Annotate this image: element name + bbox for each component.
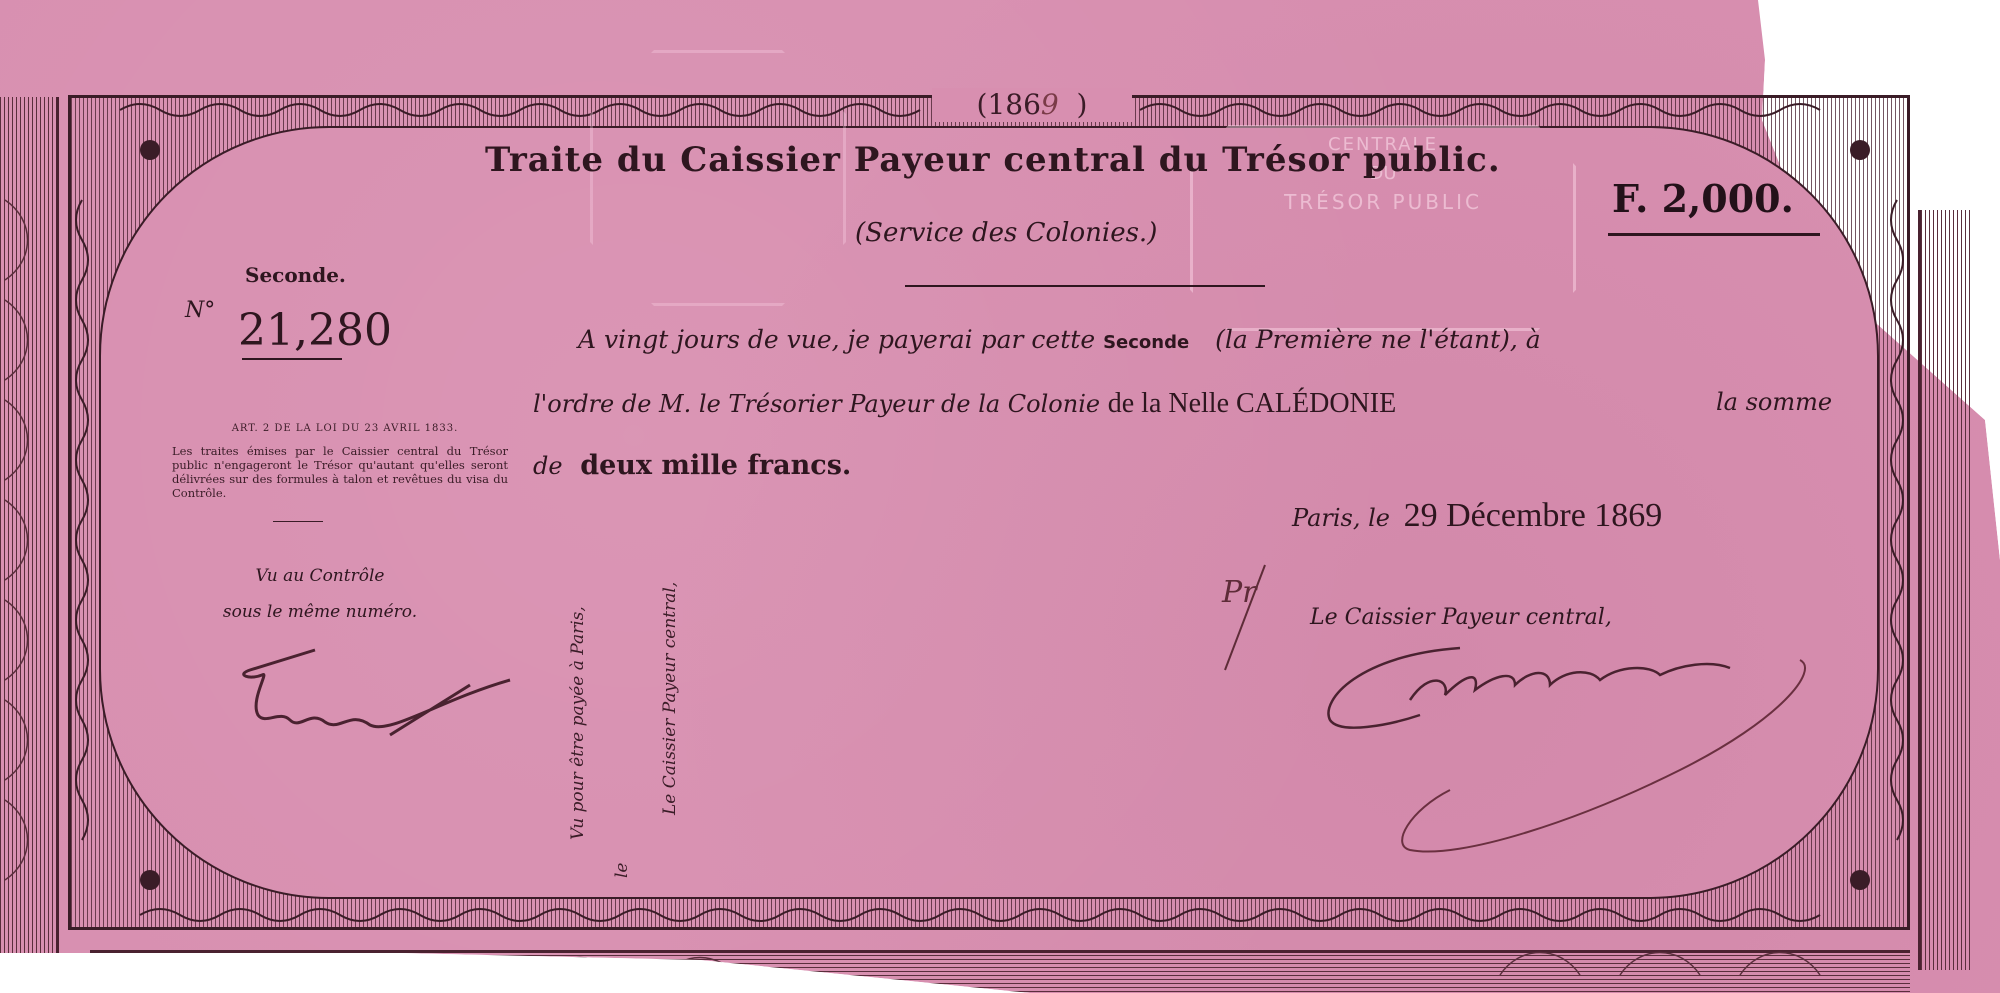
cashier-signature (1300, 640, 1860, 870)
vertical-text-paid-at-paris: Vu pour être payée à Paris, (568, 606, 588, 840)
document-title: Traite du Caissier Payeur central du Tré… (485, 140, 1585, 180)
seal-line-3: TRÉSOR PUBLIC (1193, 190, 1573, 214)
right-counterfoil-strip (1918, 210, 1971, 970)
law-text: Les traites émises par le Caissier centr… (172, 444, 508, 500)
control-line-1: Vu au Contrôle (190, 558, 450, 594)
copy-label: Seconde. (245, 263, 346, 287)
control-signature (240, 640, 520, 740)
year-box: (1869 ) (932, 88, 1132, 122)
amount-figure: F. 2,000. (1612, 176, 1794, 221)
amount-in-words: deux mille francs. (580, 450, 851, 481)
vertical-text-le: le (612, 863, 632, 879)
law-reference: ART. 2 DE LA LOI DU 23 AVRIL 1833. (185, 423, 505, 434)
serial-number: 21,280 (238, 305, 392, 356)
body-line-1: A vingt jours de vue, je payerai par cet… (578, 325, 1541, 354)
vertical-text-cashier: Le Caissier Payeur central, (660, 582, 680, 815)
amount-underline (1608, 233, 1820, 236)
body-line-2-post: la somme (1716, 388, 1832, 416)
number-prefix: N° (185, 298, 215, 323)
left-counterfoil-strip (0, 97, 59, 953)
control-line-2: sous le même numéro. (190, 594, 450, 630)
body-line-3: de deux mille francs. (533, 450, 851, 481)
body-line-3-de: de (533, 452, 563, 480)
stamped-date: 29 Décembre 1869 (1404, 497, 1663, 534)
title-divider (905, 285, 1265, 287)
date-line: Paris, le 29 Décembre 1869 (1292, 497, 1662, 535)
cashier-label: Le Caissier Payeur central, (1310, 605, 1612, 630)
year-handwritten-digit: 9 (1041, 88, 1059, 121)
serial-underline (242, 358, 342, 360)
body-line-2: l'ordre de M. le Trésorier Payeur de la … (533, 388, 1396, 420)
body-line-1-post: (la Première ne l'étant), à (1215, 325, 1541, 354)
body-line-2-pre: l'ordre de M. le Trésorier Payeur de la … (533, 390, 1100, 418)
payee-stamp: de la Nelle CALÉDONIE (1108, 388, 1396, 419)
body-line-1-copy: Seconde (1103, 332, 1189, 353)
pr-stroke (1215, 560, 1275, 680)
control-visa-text: Vu au Contrôle sous le même numéro. (190, 558, 450, 630)
body-line-1-pre: A vingt jours de vue, je payerai par cet… (578, 325, 1095, 354)
date-place: Paris, le (1292, 504, 1390, 532)
small-divider (273, 521, 323, 522)
year-printed: 186 (987, 88, 1040, 121)
document-subtitle: (Service des Colonies.) (855, 218, 1157, 248)
